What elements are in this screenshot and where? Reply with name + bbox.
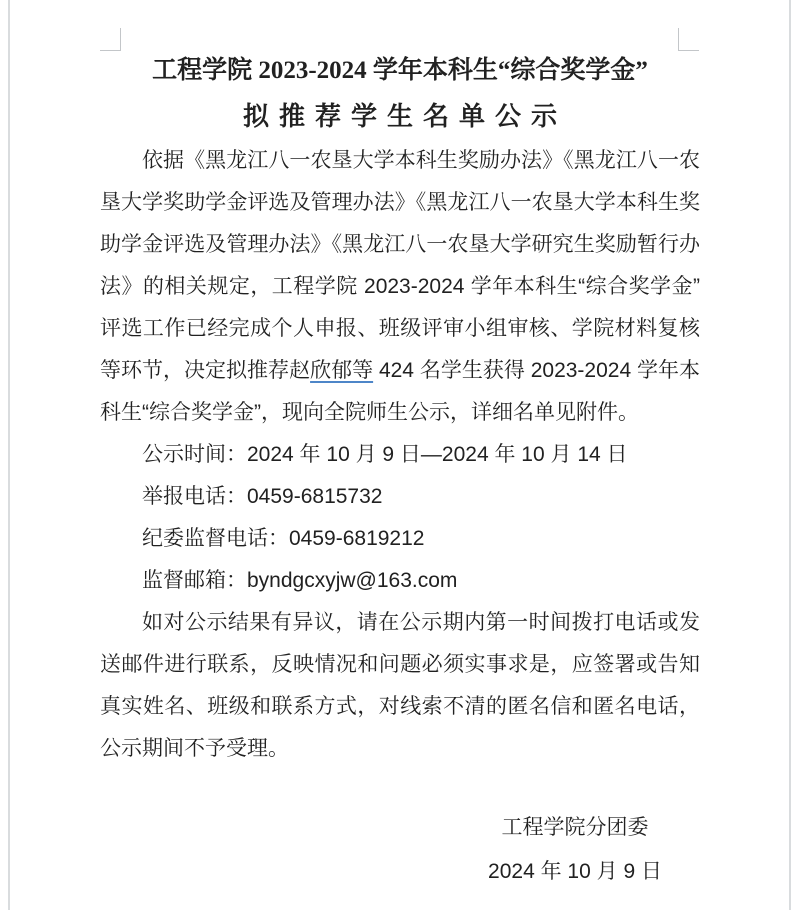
signature-date: 2024 年 10 月 9 日 (400, 850, 750, 894)
proofing-underlined-name: 欣郁等 (310, 359, 373, 382)
paragraph-basis: 依据《黑龙江八一农垦大学本科生奖励办法》《黑龙江八一农垦大学奖助学金评选及管理办… (100, 140, 700, 434)
document-body: 工程学院 2023-2024 学年本科生“综合奖学金” 拟推荐学生名单公示 依据… (100, 48, 700, 770)
signature-block: 工程学院分团委 2024 年 10 月 9 日 (400, 806, 750, 894)
document-title-line2: 拟推荐学生名单公示 (100, 94, 710, 140)
page-edge-right (789, 0, 791, 910)
page-edge-left (8, 0, 10, 910)
info-line-supervision-email: 监督邮箱：byndgcxyjw@163.com (100, 560, 700, 602)
paragraph-objection-notice: 如对公示结果有异议，请在公示期内第一时间拨打电话或发送邮件进行联系，反映情况和问… (100, 602, 700, 770)
info-line-publicity-period: 公示时间：2024 年 10 月 9 日—2024 年 10 月 14 日 (100, 434, 700, 476)
info-line-discipline-phone: 纪委监督电话：0459-6819212 (100, 518, 700, 560)
paragraph-basis-text-before: 依据《黑龙江八一农垦大学本科生奖励办法》《黑龙江八一农垦大学奖助学金评选及管理办… (100, 149, 700, 382)
signature-organization: 工程学院分团委 (400, 806, 750, 850)
info-line-report-phone: 举报电话：0459-6815732 (100, 476, 700, 518)
document-title-line1: 工程学院 2023-2024 学年本科生“综合奖学金” (100, 48, 700, 94)
